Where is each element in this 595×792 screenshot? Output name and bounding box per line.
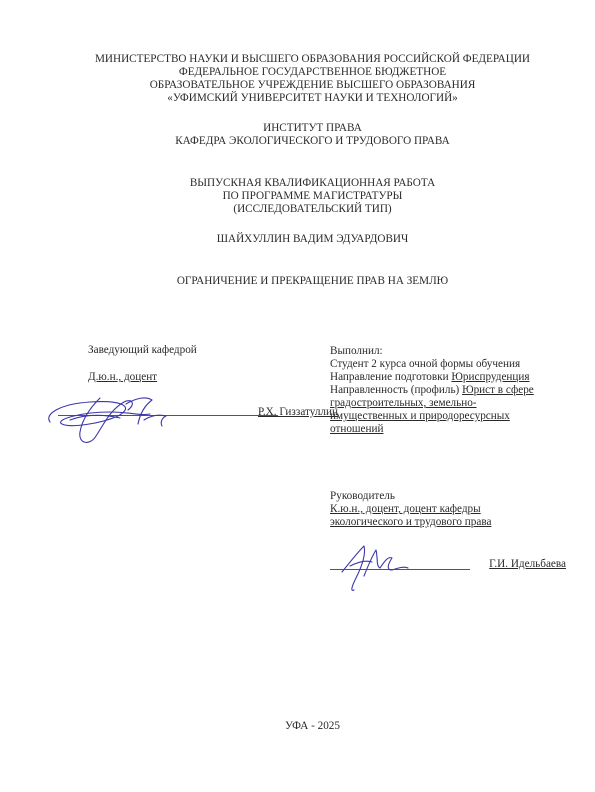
- department-name: КАФЕДРА ЭКОЛОГИЧЕСКОГО И ТРУДОВОГО ПРАВА: [30, 135, 595, 148]
- profile-label: Направленность (профиль): [330, 384, 459, 396]
- student-direction: Направление подготовки Юриспруденция: [330, 371, 570, 384]
- work-type-line: ПО ПРОГРАММЕ МАГИСТРАТУРЫ: [30, 190, 595, 203]
- supervisor-position: экологического и трудового права: [330, 516, 570, 529]
- thesis-title: ОГРАНИЧЕНИЕ И ПРЕКРАЩЕНИЕ ПРАВ НА ЗЕМЛЮ: [0, 275, 595, 288]
- student-label: Выполнил:: [330, 345, 570, 358]
- signature-icon: [40, 384, 180, 454]
- thesis-title-text: ОГРАНИЧЕНИЕ И ПРЕКРАЩЕНИЕ ПРАВ НА ЗЕМЛЮ: [30, 275, 595, 288]
- ministry-header: МИНИСТЕРСТВО НАУКИ И ВЫСШЕГО ОБРАЗОВАНИЯ…: [0, 53, 595, 105]
- supervisor-label: Руководитель: [330, 490, 570, 503]
- supervisor-position: К.ю.н., доцент, доцент кафедры: [330, 503, 570, 516]
- profile-value-line: градостроительных, земельно-: [330, 397, 570, 410]
- student-profile: Направленность (профиль) Юрист в сфере: [330, 384, 570, 397]
- direction-value: Юриспруденция: [451, 371, 529, 383]
- header-line: «УФИМСКИЙ УНИВЕРСИТЕТ НАУКИ И ТЕХНОЛОГИЙ…: [30, 92, 595, 105]
- author-name: ШАЙХУЛЛИН ВАДИМ ЭДУАРДОВИЧ: [0, 233, 595, 246]
- student-block: Выполнил: Студент 2 курса очной формы об…: [330, 345, 570, 436]
- student-course: Студент 2 курса очной формы обучения: [330, 358, 570, 371]
- direction-label: Направление подготовки: [330, 371, 449, 383]
- header-line: ОБРАЗОВАТЕЛЬНОЕ УЧРЕЖДЕНИЕ ВЫСШЕГО ОБРАЗ…: [30, 79, 595, 92]
- institute-block: ИНСТИТУТ ПРАВА КАФЕДРА ЭКОЛОГИЧЕСКОГО И …: [0, 122, 595, 148]
- author-text: ШАЙХУЛЛИН ВАДИМ ЭДУАРДОВИЧ: [30, 233, 595, 246]
- institute-name: ИНСТИТУТ ПРАВА: [30, 122, 595, 135]
- head-degree: Д.ю.н., доцент: [88, 371, 157, 384]
- signature-icon: [336, 536, 416, 596]
- profile-value-line: отношений: [330, 423, 570, 436]
- header-line: МИНИСТЕРСТВО НАУКИ И ВЫСШЕГО ОБРАЗОВАНИЯ…: [30, 53, 595, 66]
- header-line: ФЕДЕРАЛЬНОЕ ГОСУДАРСТВЕННОЕ БЮДЖЕТНОЕ: [30, 66, 595, 79]
- work-type-block: ВЫПУСКНАЯ КВАЛИФИКАЦИОННАЯ РАБОТА ПО ПРО…: [0, 177, 595, 216]
- city-year-text: УФА - 2025: [30, 720, 595, 733]
- work-type-line: ВЫПУСКНАЯ КВАЛИФИКАЦИОННАЯ РАБОТА: [30, 177, 595, 190]
- work-type-line: (ИССЛЕДОВАТЕЛЬСКИЙ ТИП): [30, 203, 595, 216]
- profile-value-line: имущественных и природоресурсных: [330, 410, 570, 423]
- head-name: Р.Х. Гиззатуллин: [258, 406, 338, 419]
- city-year: УФА - 2025: [0, 720, 595, 733]
- head-label: Заведующий кафедрой: [88, 344, 197, 357]
- supervisor-name: Г.И. Идельбаева: [489, 558, 566, 571]
- supervisor-block: Руководитель К.ю.н., доцент, доцент кафе…: [330, 490, 570, 529]
- profile-value: Юрист в сфере: [462, 384, 534, 396]
